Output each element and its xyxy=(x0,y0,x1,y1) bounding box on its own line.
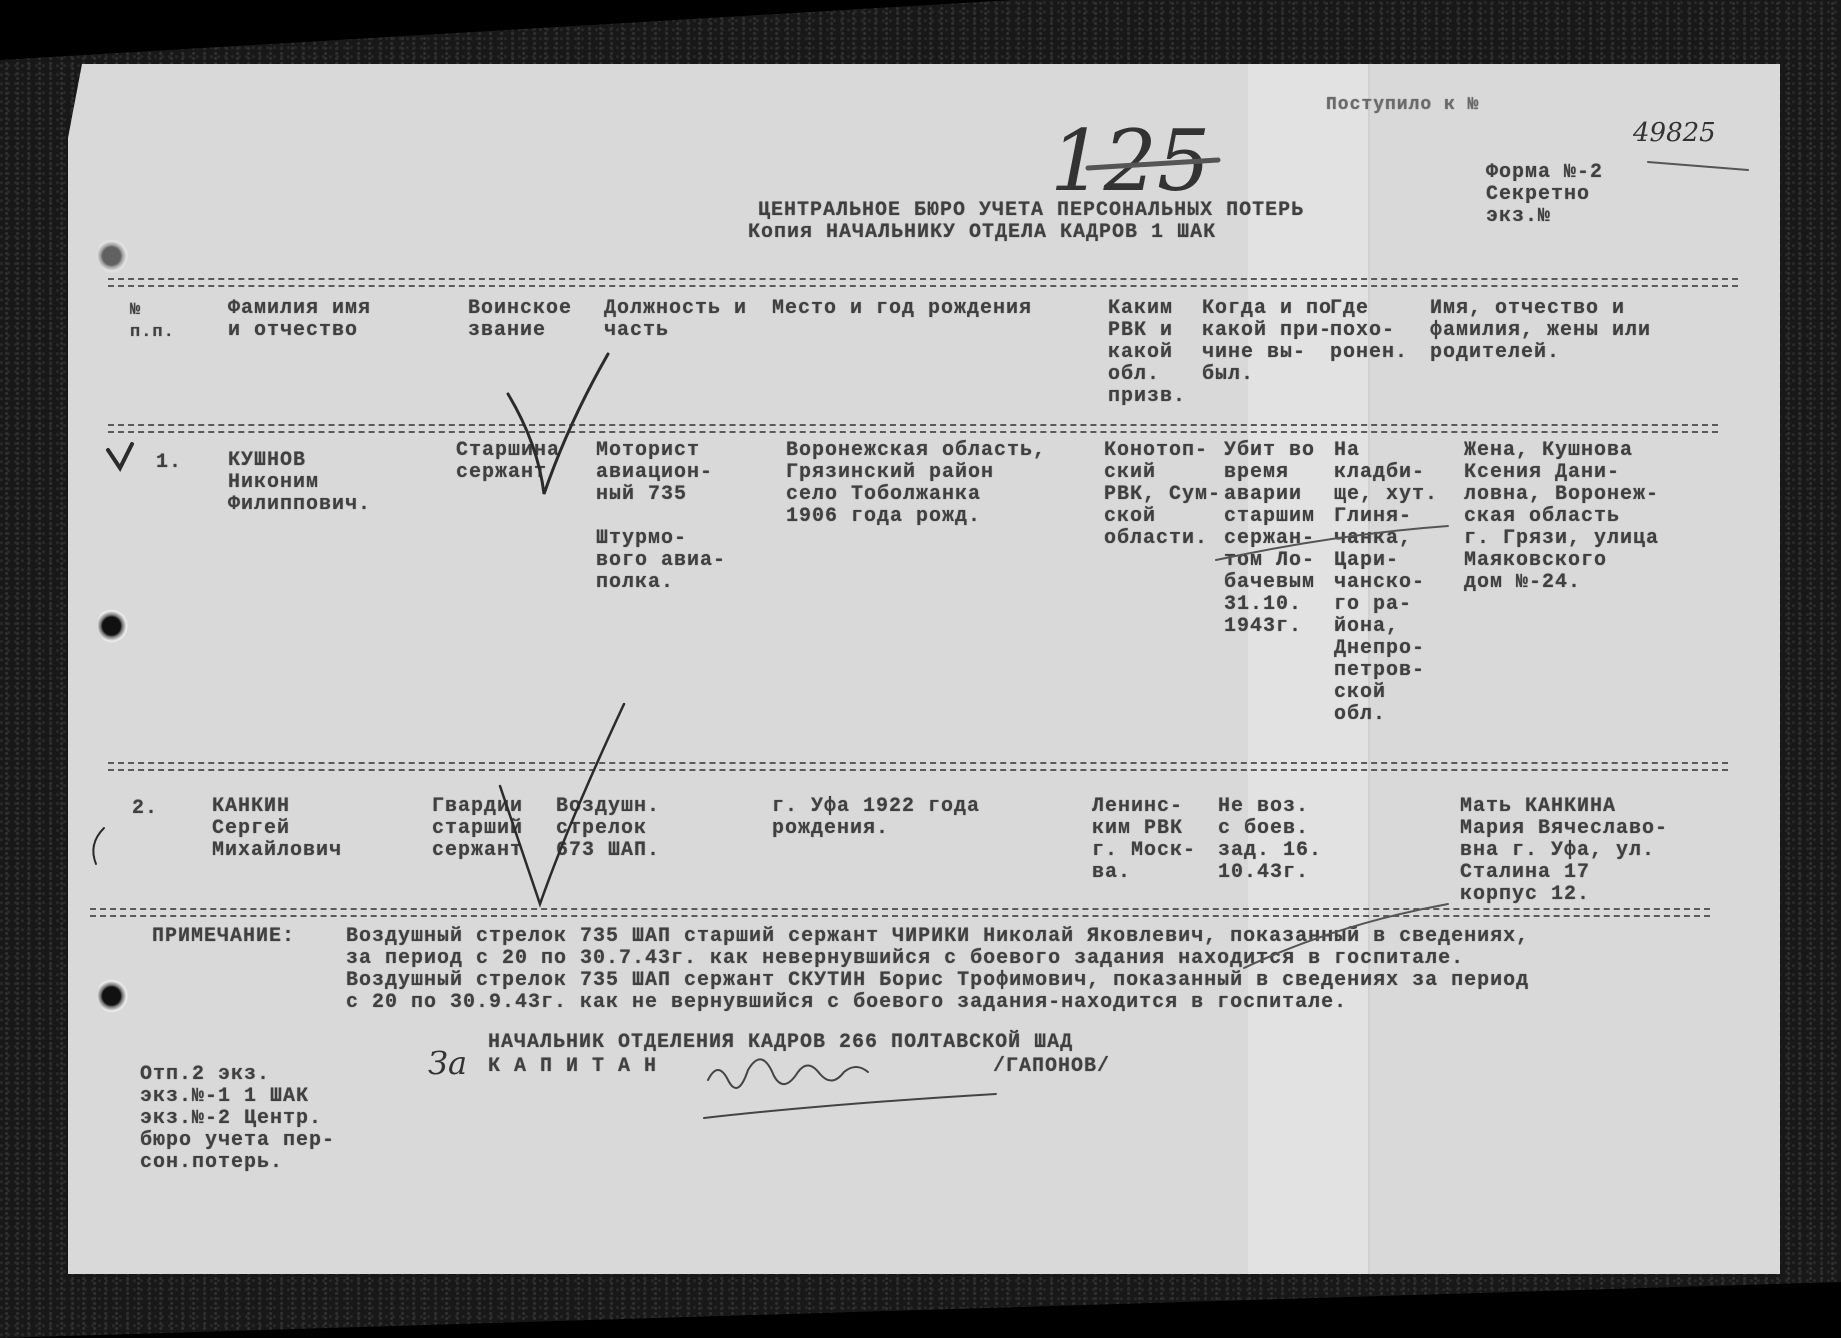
distribution-line: экз.№-2 Центр. xyxy=(140,1108,322,1130)
note-line: Воздушный стрелок 735 ШАП старший сержан… xyxy=(346,926,1529,948)
row-position: Воздушн. стрелок 673 ШАП. xyxy=(556,796,660,862)
row-rvk: Ленинс- ким РВК г. Моск- ва. xyxy=(1092,796,1196,884)
received-stamp-label: Поступило к № xyxy=(1326,94,1479,116)
secrecy-label: Секретно xyxy=(1486,184,1590,206)
punch-hole xyxy=(98,604,128,644)
header-num: № п.п. xyxy=(130,300,175,344)
header-position: Должность и часть xyxy=(604,298,747,342)
row-position: Моторист авиацион- ный 735 Штурмо- вого … xyxy=(596,440,726,594)
note-line: с 20 по 30.9.43г. как не вернувшийся с б… xyxy=(346,992,1347,1014)
row-name: КАНКИН Сергей Михайлович xyxy=(212,796,342,862)
header-relatives: Имя, отчество и фамилия, жены или родите… xyxy=(1430,298,1651,364)
form-number: Форма №-2 xyxy=(1486,162,1603,184)
signatory-name: /ГАПОНОВ/ xyxy=(993,1056,1110,1078)
row-relatives: Мать КАНКИНА Мария Вячеславо- вна г. Уфа… xyxy=(1460,796,1668,906)
row-birth: Воронежская область, Грязинский район се… xyxy=(786,440,1046,528)
header-rvk: Каким РВК и какой обл. призв. xyxy=(1108,298,1186,408)
row-name: КУШНОВ Никоним Филиппович. xyxy=(228,450,371,516)
header-birth: Место и год рождения xyxy=(772,298,1032,320)
row-rank: Гвардии старший сержант xyxy=(432,796,523,862)
table-top-rule xyxy=(108,278,1738,287)
row-num: 2. xyxy=(132,798,158,820)
distribution-line: экз.№-1 1 ШАК xyxy=(140,1086,309,1108)
punch-hole xyxy=(98,234,128,274)
pen-marks xyxy=(68,64,1780,1274)
underline-stroke-icon xyxy=(1648,162,1748,170)
signature-icon xyxy=(704,1059,996,1118)
copy-number: экз.№ xyxy=(1486,206,1551,228)
header-when-why: Когда и по какой при- чине вы- был. xyxy=(1202,298,1332,386)
signatory-title: НАЧАЛЬНИК ОТДЕЛЕНИЯ КАДРОВ 266 ПОЛТАВСКО… xyxy=(488,1032,1073,1054)
note-line: за период с 20 по 30.7.43г. как невернув… xyxy=(346,948,1464,970)
row-rank: Старшина сержант xyxy=(456,440,560,484)
distribution-line: сон.потерь. xyxy=(140,1152,283,1174)
row-num: 1. xyxy=(156,452,182,474)
handwritten-registration-number: 49825 xyxy=(1633,118,1716,148)
row-rvk: Конотоп- ский РВК, Сум- ской области. xyxy=(1104,440,1221,550)
header-buried: Где похо- ронен. xyxy=(1330,298,1408,364)
note-line: Воздушный стрелок 735 ШАП сержант СКУТИН… xyxy=(346,970,1529,992)
checkmark-icon xyxy=(108,444,132,468)
document-title: ЦЕНТРАЛЬНОЕ БЮРО УЧЕТА ПЕРСОНАЛЬНЫХ ПОТЕ… xyxy=(758,200,1304,222)
row-when-why: Убит во время аварии старшим сержан- том… xyxy=(1224,440,1315,638)
document-subtitle: Копия НАЧАЛЬНИКУ ОТДЕЛА КАДРОВ 1 ШАК xyxy=(748,222,1216,244)
header-bottom-rule xyxy=(108,424,1718,433)
handwritten-za: За xyxy=(428,1044,467,1082)
row-relatives: Жена, Кушнова Ксения Дани- ловна, Вороне… xyxy=(1464,440,1659,594)
note-label: ПРИМЕЧАНИЕ: xyxy=(152,926,295,948)
header-name: Фамилия имя и отчество xyxy=(228,298,371,342)
header-rank: Воинское звание xyxy=(468,298,572,342)
document-page: 125 Поступило к № 49825 Форма №-2 Секрет… xyxy=(68,64,1780,1274)
handwritten-page-number: 125 xyxy=(1050,112,1210,210)
punch-hole xyxy=(98,974,128,1014)
row-when-why: Не воз. с боев. зад. 16. 10.43г. xyxy=(1218,796,1322,884)
row-separator-rule xyxy=(108,762,1728,771)
distribution-line: бюро учета пер- xyxy=(140,1130,335,1152)
table-bottom-rule xyxy=(90,908,1710,917)
row-birth: г. Уфа 1922 года рождения. xyxy=(772,796,980,840)
row-buried: На кладби- ще, хут. Глиня- чанка, Цари- … xyxy=(1334,440,1438,726)
signatory-rank: К А П И Т А Н xyxy=(488,1056,657,1078)
bracket-mark-icon xyxy=(93,828,104,864)
distribution-line: Отп.2 экз. xyxy=(140,1064,270,1086)
